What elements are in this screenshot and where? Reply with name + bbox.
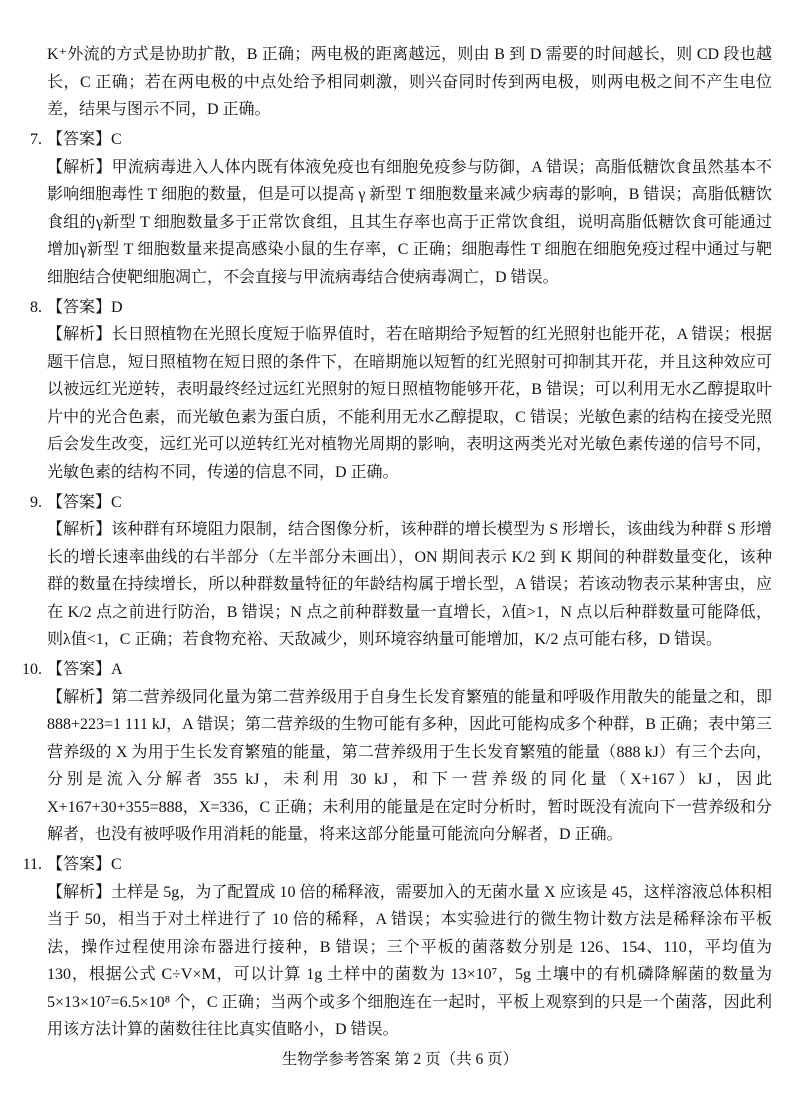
answer-line: 【答案】A	[47, 656, 772, 684]
answer-label: 【答案】	[47, 856, 111, 873]
analysis-paragraph: 【解析】该种群有环境阻力限制，结合图像分析，该种群的增长模型为 S 形增长，该曲…	[47, 516, 772, 654]
answer-label: 【答案】	[47, 494, 111, 511]
answer-label: 【答案】	[47, 299, 111, 316]
question-number: 10.	[22, 656, 42, 684]
analysis-paragraph: 【解析】长日照植物在光照长度短于临界值时，若在暗期给予短暂的红光照射也能开花，A…	[47, 321, 772, 486]
question-11: 11. 【答案】C 【解析】土样是 5g，为了配置成 10 倍的稀释液，需要加入…	[47, 851, 772, 1044]
analysis-text: 甲流病毒进入人体内既有体液免疫也有细胞免疫参与防御，A 错误；高脂低糖饮食虽然基…	[47, 159, 772, 286]
analysis-text: 该种群有环境阻力限制，结合图像分析，该种群的增长模型为 S 形增长，该曲线为种群…	[47, 521, 772, 648]
analysis-text: 长日照植物在光照长度短于临界值时，若在暗期给予短暂的红光照射也能开花，A 错误；…	[47, 326, 772, 481]
answer-line: 【答案】C	[47, 489, 772, 517]
answer-label: 【答案】	[47, 661, 111, 678]
continuation-paragraph: K⁺外流的方式是协助扩散，B 正确；两电极的距离越远，则由 B 到 D 需要的时…	[47, 41, 772, 124]
answer-value: A	[111, 661, 123, 678]
answer-line: 【答案】D	[47, 294, 772, 322]
question-9: 9. 【答案】C 【解析】该种群有环境阻力限制，结合图像分析，该种群的增长模型为…	[47, 489, 772, 654]
question-10: 10. 【答案】A 【解析】第二营养级同化量为第二营养级用于自身生长发育繁殖的能…	[47, 656, 772, 849]
analysis-label: 【解析】	[47, 326, 112, 343]
answer-value: D	[111, 299, 123, 316]
answer-label: 【答案】	[47, 131, 111, 148]
analysis-paragraph: 【解析】第二营养级同化量为第二营养级用于自身生长发育繁殖的能量和呼吸作用散失的能…	[47, 684, 772, 849]
answer-line: 【答案】C	[47, 851, 772, 879]
question-number: 11.	[23, 851, 42, 879]
question-number: 9.	[30, 489, 42, 517]
analysis-label: 【解析】	[47, 884, 111, 901]
question-number: 7.	[30, 126, 42, 154]
analysis-text: 土样是 5g，为了配置成 10 倍的稀释液，需要加入的无菌水量 X 应该是 45…	[47, 884, 772, 1039]
document-page: K⁺外流的方式是协助扩散，B 正确；两电极的距离越远，则由 B 到 D 需要的时…	[0, 0, 800, 1100]
analysis-label: 【解析】	[47, 521, 111, 538]
question-8: 8. 【答案】D 【解析】长日照植物在光照长度短于临界值时，若在暗期给予短暂的红…	[47, 294, 772, 487]
answer-line: 【答案】C	[47, 126, 772, 154]
analysis-label: 【解析】	[47, 689, 111, 706]
answer-value: C	[111, 856, 122, 873]
analysis-label: 【解析】	[47, 159, 112, 176]
question-number: 8.	[30, 294, 42, 322]
answer-value: C	[111, 494, 122, 511]
analysis-paragraph: 【解析】土样是 5g，为了配置成 10 倍的稀释液，需要加入的无菌水量 X 应该…	[47, 879, 772, 1044]
question-7: 7. 【答案】C 【解析】甲流病毒进入人体内既有体液免疫也有细胞免疫参与防御，A…	[47, 126, 772, 291]
analysis-text: 第二营养级同化量为第二营养级用于自身生长发育繁殖的能量和呼吸作用散失的能量之和，…	[47, 689, 772, 844]
page-footer: 生物学参考答案 第 2 页（共 6 页）	[0, 1046, 800, 1074]
answer-value: C	[111, 131, 122, 148]
analysis-paragraph: 【解析】甲流病毒进入人体内既有体液免疫也有细胞免疫参与防御，A 错误；高脂低糖饮…	[47, 154, 772, 292]
